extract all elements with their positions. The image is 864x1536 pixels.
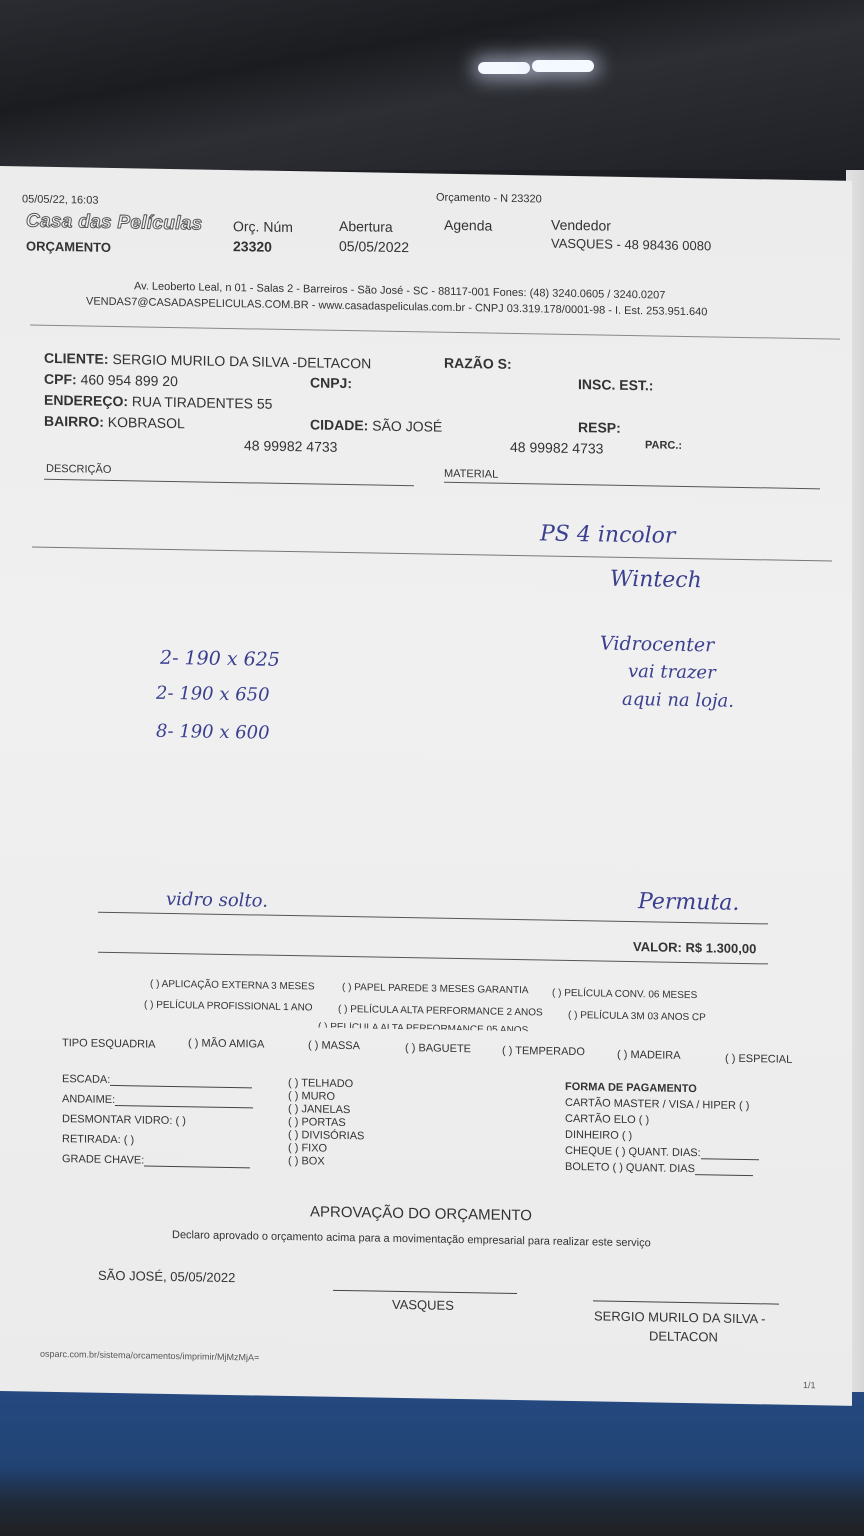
print-timestamp: 05/05/22, 16:03 (22, 193, 98, 206)
location-option[interactable]: ( ) MURO (288, 1090, 335, 1103)
escada-field[interactable]: ESCADA: (62, 1073, 252, 1088)
esquadria-option[interactable]: ( ) TEMPERADO (502, 1045, 585, 1058)
quote-document: 05/05/22, 16:03 Orçamento - N 23320 Casa… (0, 166, 852, 1406)
material-underline (444, 482, 820, 490)
cliente-field: CLIENTE: SERGIO MURILO DA SILVA -DELTACO… (44, 350, 371, 372)
place-date: SÃO JOSÉ, 05/05/2022 (98, 1268, 235, 1285)
esquadria-option[interactable]: ( ) BAGUETE (405, 1042, 471, 1055)
location-option[interactable]: ( ) FIXO (288, 1142, 327, 1155)
resp-label: RESP: (578, 419, 621, 436)
valor-field: VALOR: R$ 1.300,00 (633, 939, 756, 956)
parc-label: PARC.: (645, 439, 682, 452)
andaime-field[interactable]: ANDAIME: (62, 1093, 253, 1108)
descricao-underline (44, 479, 414, 486)
insc-est-label: INSC. EST.: (578, 376, 653, 393)
company-logo: Casa das Películas (26, 210, 203, 235)
resp-phone: 48 99982 4733 (510, 439, 603, 457)
item-row-divider (32, 547, 832, 562)
handwritten-note-2: vai trazer (628, 661, 716, 684)
razao-label: RAZÃO S: (444, 355, 512, 372)
warranty-option[interactable]: ( ) PELÍCULA ALTA PERFORMANCE 2 ANOS (338, 1004, 543, 1019)
handwritten-item: 2- 190 x 625 (160, 647, 280, 671)
warranty-option[interactable]: ( ) PELÍCULA ALTA PERFORMANCE 05 ANOS (318, 1022, 528, 1032)
cpf-field: CPF: 460 954 899 20 (44, 371, 178, 389)
vendedor-value: VASQUES - 48 98436 0080 (551, 236, 711, 254)
payment-option[interactable]: CARTÃO ELO ( ) (565, 1113, 649, 1126)
payment-option[interactable]: BOLETO ( ) QUANT. DIAS (565, 1161, 753, 1176)
client-phone: 48 99982 4733 (244, 437, 337, 455)
client-name-2: DELTACON (649, 1328, 718, 1344)
esquadria-label: TIPO ESQUADRIA (62, 1037, 156, 1051)
abertura-label: Abertura (339, 218, 393, 235)
handwritten-material-1: PS 4 incolor (540, 521, 675, 548)
header-divider (30, 325, 840, 340)
seller-signature-line[interactable] (333, 1290, 517, 1294)
esquadria-option[interactable]: ( ) MASSA (308, 1039, 360, 1052)
warranty-option[interactable]: ( ) PELÍCULA PROFISSIONAL 1 ANO (144, 1000, 313, 1014)
doc-type: ORÇAMENTO (26, 238, 111, 254)
orc-num-label: Orç. Núm (233, 218, 293, 235)
handwritten-item: 8- 190 x 600 (156, 721, 270, 744)
endereco-field: ENDEREÇO: RUA TIRADENTES 55 (44, 392, 272, 412)
payment-option[interactable]: CHEQUE ( ) QUANT. DIAS: (565, 1145, 759, 1160)
handwritten-item: 2- 190 x 650 (156, 683, 270, 706)
page-number: 1/1 (803, 1380, 816, 1390)
handwritten-bottom-left: vidro solto. (166, 889, 268, 912)
client-signature-line[interactable] (593, 1300, 779, 1304)
handwritten-note-3: aqui na loja. (622, 689, 734, 712)
approval-statement: Declaro aprovado o orçamento acima para … (172, 1229, 651, 1249)
ceiling-light (478, 62, 530, 74)
agenda-label: Agenda (444, 217, 492, 234)
payment-title: FORMA DE PAGAMENTO (565, 1081, 697, 1095)
cidade-field: CIDADE: SÃO JOSÉ (310, 416, 442, 434)
doc-reference: Orçamento - N 23320 (436, 192, 542, 206)
grade-chave-field[interactable]: GRADE CHAVE: (62, 1153, 250, 1168)
orc-num-value: 23320 (233, 238, 272, 255)
bairro-field: BAIRRO: KOBRASOL (44, 413, 185, 431)
location-option[interactable]: ( ) DIVISÓRIAS (288, 1129, 364, 1142)
payment-option[interactable]: CARTÃO MASTER / VISA / HIPER ( ) (565, 1097, 749, 1112)
background-ceiling (0, 0, 864, 170)
warranty-option[interactable]: ( ) PAPEL PAREDE 3 MESES GARANTIA (342, 982, 529, 996)
location-option[interactable]: ( ) JANELAS (288, 1103, 350, 1116)
abertura-value: 05/05/2022 (339, 238, 409, 255)
location-option[interactable]: ( ) PORTAS (288, 1116, 346, 1129)
location-option[interactable]: ( ) BOX (288, 1155, 325, 1168)
esquadria-option[interactable]: ( ) MÃO AMIGA (188, 1037, 264, 1050)
payment-option[interactable]: DINHEIRO ( ) (565, 1129, 632, 1142)
retirada-option[interactable]: RETIRADA: ( ) (62, 1133, 134, 1146)
handwritten-bottom-right: Permuta. (638, 889, 739, 916)
client-name-1: SERGIO MURILO DA SILVA - (594, 1308, 765, 1326)
warranty-option[interactable]: ( ) PELÍCULA CONV. 06 MESES (552, 988, 697, 1002)
cnpj-label: CNPJ: (310, 374, 352, 391)
warranty-option[interactable]: ( ) PELÍCULA 3M 03 ANOS CP (568, 1010, 706, 1023)
location-option[interactable]: ( ) TELHADO (288, 1077, 353, 1090)
approval-title: APROVAÇÃO DO ORÇAMENTO (310, 1203, 532, 1224)
descricao-header: DESCRIÇÃO (46, 463, 111, 476)
vendedor-label: Vendedor (551, 217, 611, 234)
material-header: MATERIAL (444, 468, 498, 481)
warranty-option[interactable]: ( ) APLICAÇÃO EXTERNA 3 MESES (150, 979, 315, 993)
footer-url: osparc.com.br/sistema/orcamentos/imprimi… (40, 1349, 259, 1363)
handwritten-material-2: Wintech (610, 567, 702, 594)
desmontar-vidro-option[interactable]: DESMONTAR VIDRO: ( ) (62, 1113, 186, 1127)
ceiling-light (532, 60, 594, 72)
esquadria-option[interactable]: ( ) ESPECIAL (725, 1053, 792, 1066)
seller-name: VASQUES (392, 1297, 454, 1313)
esquadria-option[interactable]: ( ) MADEIRA (617, 1049, 681, 1062)
handwritten-note-1: Vidrocenter (600, 632, 714, 656)
